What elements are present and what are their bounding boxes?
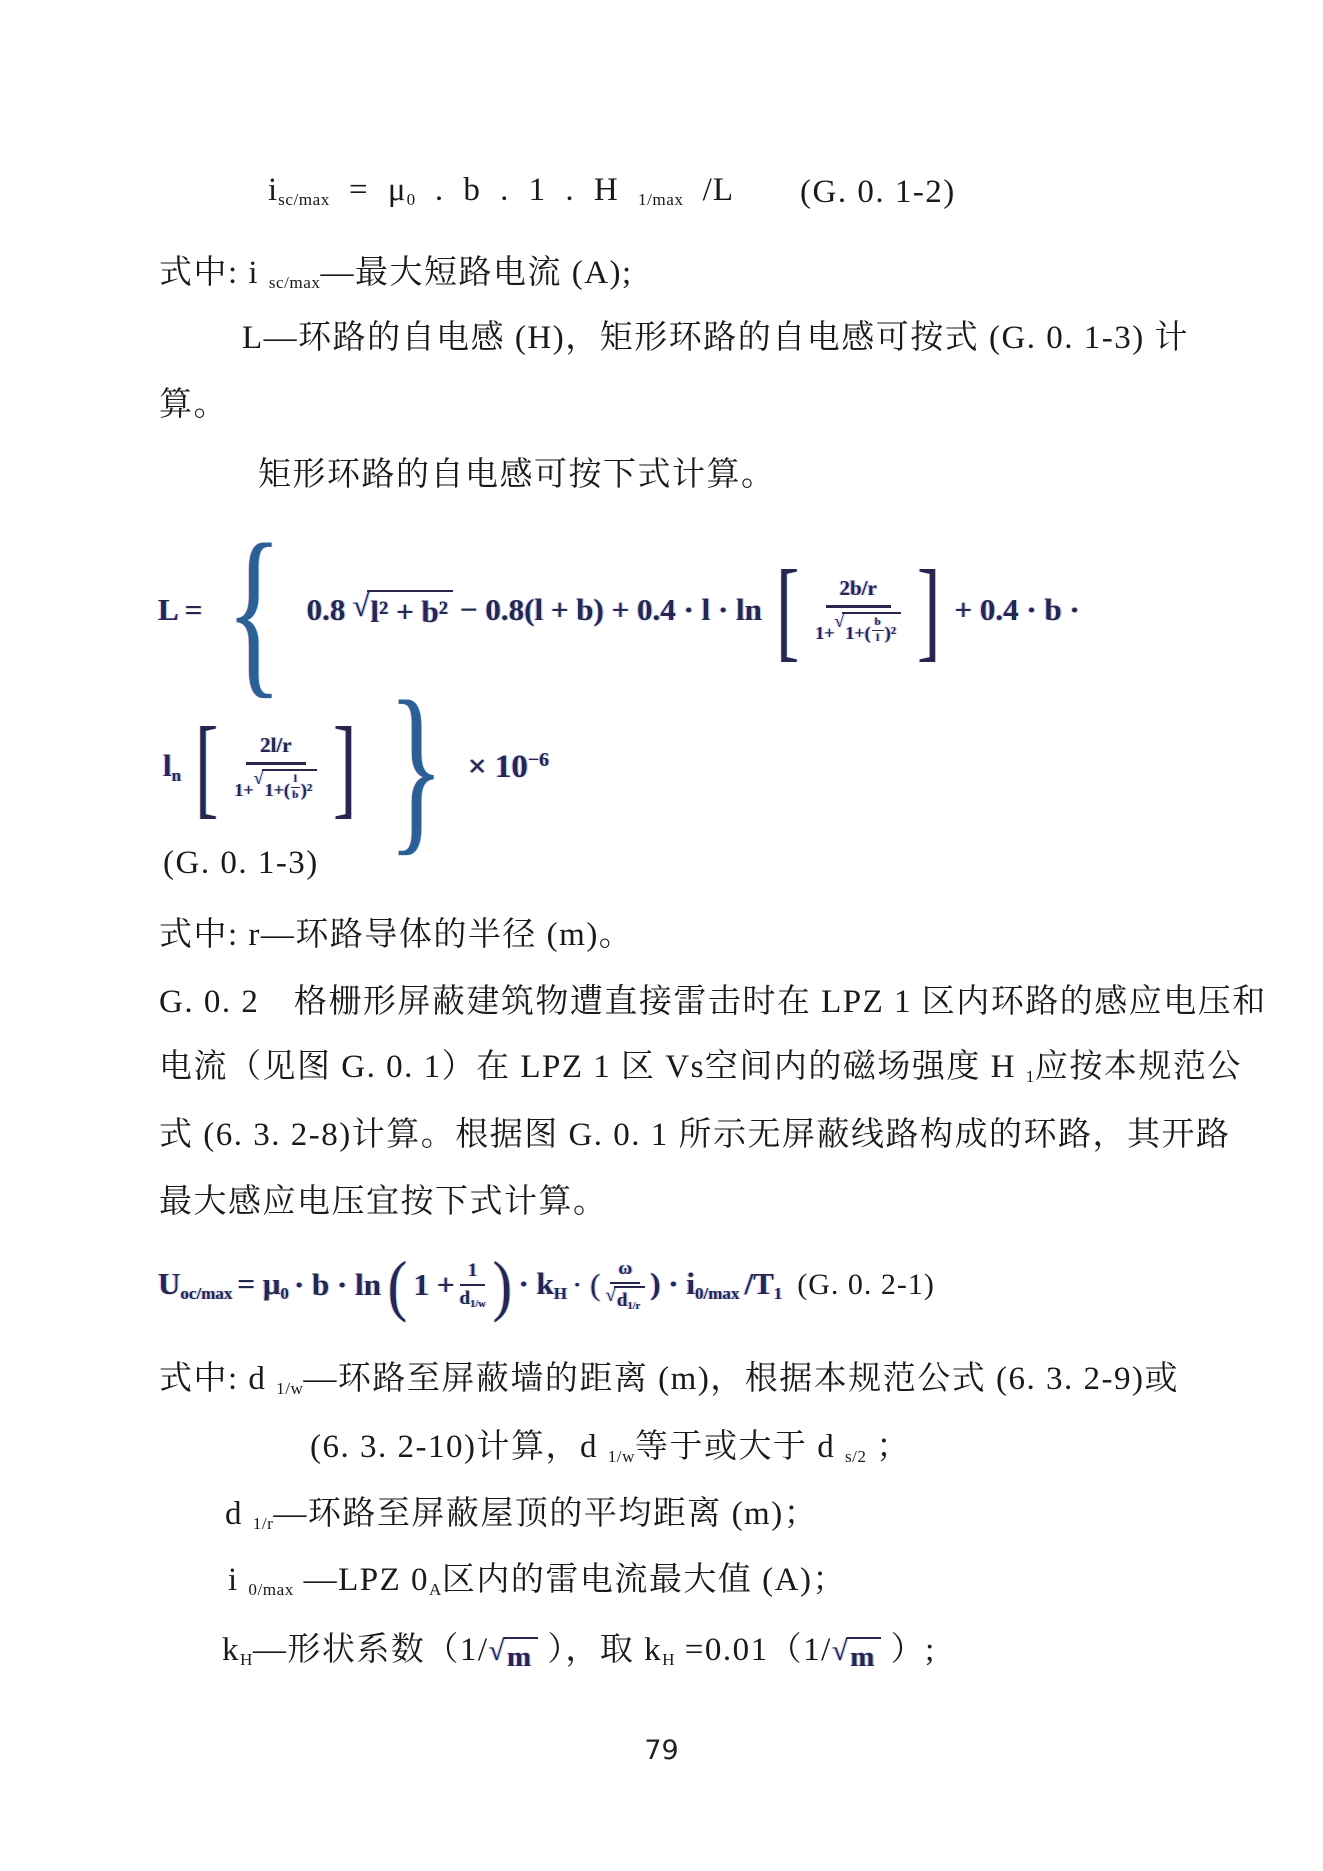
text: ； — [866, 1429, 910, 1465]
text: d — [225, 1496, 253, 1532]
b-ln-term: · b · ln — [294, 1267, 381, 1303]
para-L-definition-wrap: 算。 — [159, 378, 228, 425]
sub: 1/w — [608, 1447, 635, 1466]
text: (6. 3. 2-10)计算，d — [310, 1429, 608, 1465]
para-kh-definition: kH—形状系数（1/√m ），取 kH =0.01（1/√m ）; — [222, 1623, 936, 1674]
text: —形状系数（1/ — [253, 1632, 489, 1668]
formula-g012-i-sub: sc/max — [278, 190, 330, 209]
formula-g012-terms: . b . 1 . H — [416, 172, 638, 208]
formula-g013-label: (G. 0. 1-3) — [163, 845, 319, 882]
mini-num: b — [872, 616, 884, 630]
document-page: isc/max = μ0 . b . 1 . H 1/max /L (G. 0.… — [0, 0, 1323, 1871]
nested-sqrt: √1+(bl)² — [834, 612, 901, 643]
formula-g013-lhs: L = — [158, 592, 202, 628]
text: d — [617, 1290, 628, 1312]
para-L-definition: L—环路的自电感 (H)，矩形环路的自电感可按式 (G. 0. 1-3) 计 — [242, 311, 1189, 358]
formula-g012-label: (G. 0. 1-2) — [800, 174, 956, 211]
exponent: −6 — [528, 749, 549, 771]
sub: 0/max — [248, 1580, 293, 1599]
formula-g012-mu-sub: 0 — [407, 190, 416, 209]
sqrt-body: m — [847, 1637, 881, 1674]
one-plus: 1 + — [414, 1267, 455, 1303]
text: U — [158, 1266, 180, 1301]
para-rect-loop-intro: 矩形环路的自电感可按下式计算。 — [258, 448, 776, 495]
sqrt-m: √m — [832, 1637, 881, 1674]
mu-term: = μ0 — [237, 1266, 289, 1304]
text: ），取 k — [538, 1632, 663, 1668]
sub: 1/r — [627, 1301, 640, 1312]
sub: 1/w — [276, 1379, 303, 1398]
sub: sc/max — [269, 273, 321, 292]
text: l — [163, 748, 172, 783]
para-isc-definition: 式中: i sc/max—最大短路电流 (A); — [159, 246, 633, 293]
text: —环路至屏蔽墙的距离 (m)，根据本规范公式 (6. 3. 2-9)或 — [303, 1361, 1179, 1397]
mini-den: b — [292, 788, 298, 801]
t1-term: /T1 — [744, 1266, 782, 1304]
fraction-1: 2b/r 1+√1+(bl)² — [815, 576, 901, 643]
coef: 0.8 — [307, 592, 346, 628]
text: )² — [885, 623, 896, 644]
text: ）; — [881, 1632, 936, 1668]
kh-term: · kH — [518, 1266, 567, 1304]
fraction-2: 2l/r 1+√1+(lb)² — [234, 733, 317, 800]
ln-n: n — [172, 766, 181, 785]
para-g02-line2: 电流（见图 G. 0. 1）在 LPZ 1 区 Vs空间内的磁场强度 H 1应按… — [159, 1040, 1242, 1087]
sqrt: √d1/r — [605, 1286, 645, 1312]
text: /T — [744, 1266, 773, 1301]
formula-g012-tail: /L — [683, 172, 734, 208]
mini-fraction: bl — [872, 616, 884, 643]
fraction-1-denominator: 1+√1+(bl)² — [815, 608, 901, 643]
sqrt-body: d1/r — [614, 1286, 645, 1312]
sqrt-term: √l² + b² — [352, 590, 453, 630]
sqrt-body: l² + b² — [367, 590, 453, 630]
text: 1+ — [234, 780, 253, 801]
tail-terms: + 0.4 · b · — [954, 592, 1079, 628]
text: —环路至屏蔽屋顶的平均距离 (m)； — [273, 1496, 818, 1532]
para-d1w-definition: 式中: d 1/w—环路至屏蔽墙的距离 (m)，根据本规范公式 (6. 3. 2… — [159, 1352, 1179, 1399]
text: = μ — [237, 1266, 280, 1301]
text: —LPZ 0 — [294, 1562, 429, 1598]
t-sub: 1 — [774, 1284, 783, 1303]
text: 式中: d — [159, 1361, 276, 1397]
text: 电流（见图 G. 0. 1）在 LPZ 1 区 Vs空间内的磁场强度 H — [159, 1049, 1026, 1085]
para-g02-line4: 最大感应电压宜按下式计算。 — [159, 1175, 608, 1222]
page-number: 79 — [0, 1735, 1323, 1766]
ln-token: ln — [163, 748, 181, 786]
num: ω — [610, 1258, 640, 1284]
text: )² — [301, 780, 312, 801]
den: √d1/r — [605, 1284, 645, 1312]
i-sub: 0/max — [695, 1284, 739, 1303]
sub: 1/r — [253, 1514, 274, 1533]
nested-sqrt: √1+(lb)² — [254, 769, 318, 800]
text: d — [460, 1288, 471, 1310]
fraction-omega: ω√d1/r — [605, 1258, 645, 1312]
sub: 1 — [1026, 1067, 1035, 1086]
text: 1+( — [845, 623, 870, 644]
para-g02-line3: 式 (6. 3. 2-8)计算。根据图 G. 0. 1 所示无屏蔽线路构成的环路… — [159, 1108, 1231, 1155]
fraction-2-numerator: 2l/r — [246, 733, 306, 765]
sub: 1/w — [470, 1299, 486, 1310]
sub: s/2 — [845, 1447, 867, 1466]
u-term: Uoc/max — [158, 1266, 232, 1304]
num: 1 — [460, 1260, 486, 1286]
text: ) · i — [650, 1266, 695, 1301]
sub: H — [240, 1650, 253, 1669]
para-i0max-definition: i 0/max —LPZ 0A区内的雷电流最大值 (A)； — [228, 1553, 847, 1600]
para-d1r-definition: d 1/r—环路至屏蔽屋顶的平均距离 (m)； — [225, 1487, 818, 1534]
mini-den: l — [876, 631, 879, 644]
formula-g012-i: i — [268, 172, 278, 208]
formula-g012-h-sub: 1/max — [638, 190, 683, 209]
text: 应按本规范公 — [1035, 1049, 1242, 1085]
text: 区内的雷电流最大值 (A)； — [442, 1562, 847, 1598]
para-d1w-definition-wrap: (6. 3. 2-10)计算，d 1/w等于或大于 d s/2 ； — [310, 1420, 911, 1467]
sqrt-body: m — [504, 1637, 538, 1674]
text: =0.01（1/ — [675, 1632, 832, 1668]
text: k — [222, 1632, 240, 1668]
text: —最大短路电流 (A); — [320, 255, 632, 291]
text: 1+( — [265, 780, 290, 801]
formula-g012-mid: = μ — [330, 172, 407, 208]
den: d1/w — [460, 1286, 486, 1310]
text: 1+ — [815, 623, 834, 644]
sqrt-body: 1+(lb)² — [262, 769, 318, 800]
u-sub: oc/max — [180, 1284, 232, 1303]
mini-fraction: lb — [291, 773, 300, 800]
fraction-2-denominator: 1+√1+(lb)² — [234, 765, 317, 800]
middle-terms: − 0.8(l + b) + 0.4 · l · ln — [460, 592, 762, 628]
times-ten: × 10−6 — [468, 749, 549, 786]
mu-sub: 0 — [280, 1284, 289, 1303]
text: 式中: i — [159, 255, 269, 291]
sqrt-body: 1+(bl)² — [842, 612, 901, 643]
k-sub: H — [554, 1284, 567, 1303]
para-g02-line1: G. 0. 2 格栅形屏蔽建筑物遭直接雷击时在 LPZ 1 区内环路的感应电压和 — [159, 975, 1267, 1022]
formula-g021-label: (G. 0. 2-1) — [797, 1268, 935, 1302]
mini-num: l — [291, 773, 300, 787]
text: · k — [518, 1266, 553, 1301]
formula-g013-line2: ln [ 2l/r 1+√1+(lb)² ] } × 10−6 — [163, 692, 549, 842]
formula-g012: isc/max = μ0 . b . 1 . H 1/max /L — [268, 172, 734, 210]
text: i — [228, 1562, 248, 1598]
sqrt-m: √m — [489, 1637, 538, 1674]
i-term: ) · i0/max — [650, 1266, 739, 1304]
sub: A — [429, 1580, 442, 1599]
text: 等于或大于 d — [635, 1429, 845, 1465]
formula-g021: Uoc/max = μ0 · b · ln ( 1 + 1d1/w ) · kH… — [158, 1245, 935, 1325]
fraction-d1w: 1d1/w — [460, 1260, 486, 1310]
text: × 10 — [468, 749, 528, 785]
fraction-1-numerator: 2b/r — [826, 576, 891, 608]
formula-g013-line1: L = { 0.8 √l² + b² − 0.8(l + b) + 0.4 · … — [158, 540, 1080, 680]
para-r-definition: 式中: r—环路导体的半径 (m)。 — [159, 908, 633, 955]
sub: H — [662, 1650, 675, 1669]
